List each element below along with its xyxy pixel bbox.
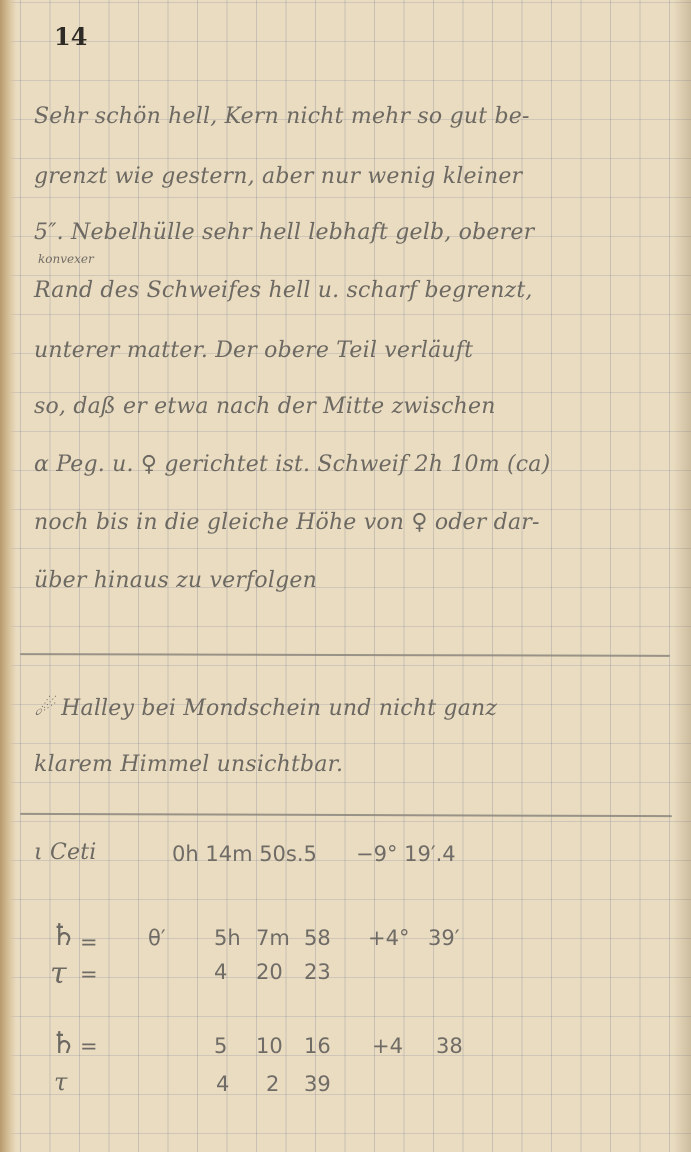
ra-seconds: 39	[304, 1072, 331, 1096]
handwritten-line: ☄ Halley bei Mondschein und nicht ganz	[34, 696, 497, 721]
ra-minutes: 7m	[256, 926, 290, 950]
ra-seconds: 58	[304, 926, 331, 950]
planet-symbol: ♄	[50, 1026, 77, 1061]
handwritten-line: 5″. Nebelhülle sehr hell lebhaft gelb, o…	[34, 220, 534, 245]
star-name: ι Ceti	[34, 840, 97, 865]
handwritten-line: so, daß er etwa nach der Mitte zwischen	[34, 394, 496, 419]
row-label: θ′	[148, 926, 166, 950]
ra-seconds: 23	[304, 960, 331, 984]
star-ra: 0h 14m 50s.5	[172, 842, 317, 866]
planet-symbol: τ	[54, 1068, 67, 1096]
page-edge	[673, 0, 691, 1152]
handwritten-line: über hinaus zu verfolgen	[34, 568, 317, 593]
ra-hours: 4	[216, 1072, 229, 1096]
handwritten-line: noch bis in die gleiche Höhe von ♀ oder …	[34, 510, 540, 535]
dec-degrees: +4°	[368, 926, 409, 950]
handwritten-line: unterer matter. Der obere Teil verläuft	[34, 338, 473, 363]
ra-minutes: 20	[256, 960, 283, 984]
ra-seconds: 16	[304, 1034, 331, 1058]
binding-gutter	[0, 0, 16, 1152]
star-dec: −9° 19′.4	[356, 842, 456, 866]
ra-hours: 5	[214, 1034, 227, 1058]
interlinear-note: konvexer	[38, 252, 94, 266]
dec-degrees: +4	[372, 1034, 403, 1058]
ra-hours: 4	[214, 960, 227, 984]
page-number: 14	[54, 22, 87, 51]
handwritten-line: grenzt wie gestern, aber nur wenig klein…	[34, 164, 522, 189]
planet-symbol: τ	[50, 956, 67, 991]
equals-sign: =	[80, 1034, 98, 1058]
handwritten-line: klarem Himmel unsichtbar.	[34, 752, 343, 777]
equals-sign: =	[80, 962, 98, 986]
handwritten-line: α Peg. u. ♀ gerichtet ist. Schweif 2h 10…	[34, 452, 550, 477]
ra-minutes: 10	[256, 1034, 283, 1058]
handwritten-line: Rand des Schweifes hell u. scharf begren…	[34, 278, 533, 303]
ra-hours: 5h	[214, 926, 241, 950]
divider-line	[20, 653, 670, 657]
notebook-page: 14 Sehr schön hell, Kern nicht mehr so g…	[0, 0, 691, 1152]
dec-minutes: 38	[436, 1034, 463, 1058]
equals-sign: =	[80, 930, 98, 954]
dec-minutes: 39′	[428, 926, 460, 950]
handwritten-line: Sehr schön hell, Kern nicht mehr so gut …	[34, 104, 530, 129]
divider-line	[20, 813, 672, 817]
ra-minutes: 2	[266, 1072, 279, 1096]
planet-symbol: ♄	[50, 918, 77, 953]
